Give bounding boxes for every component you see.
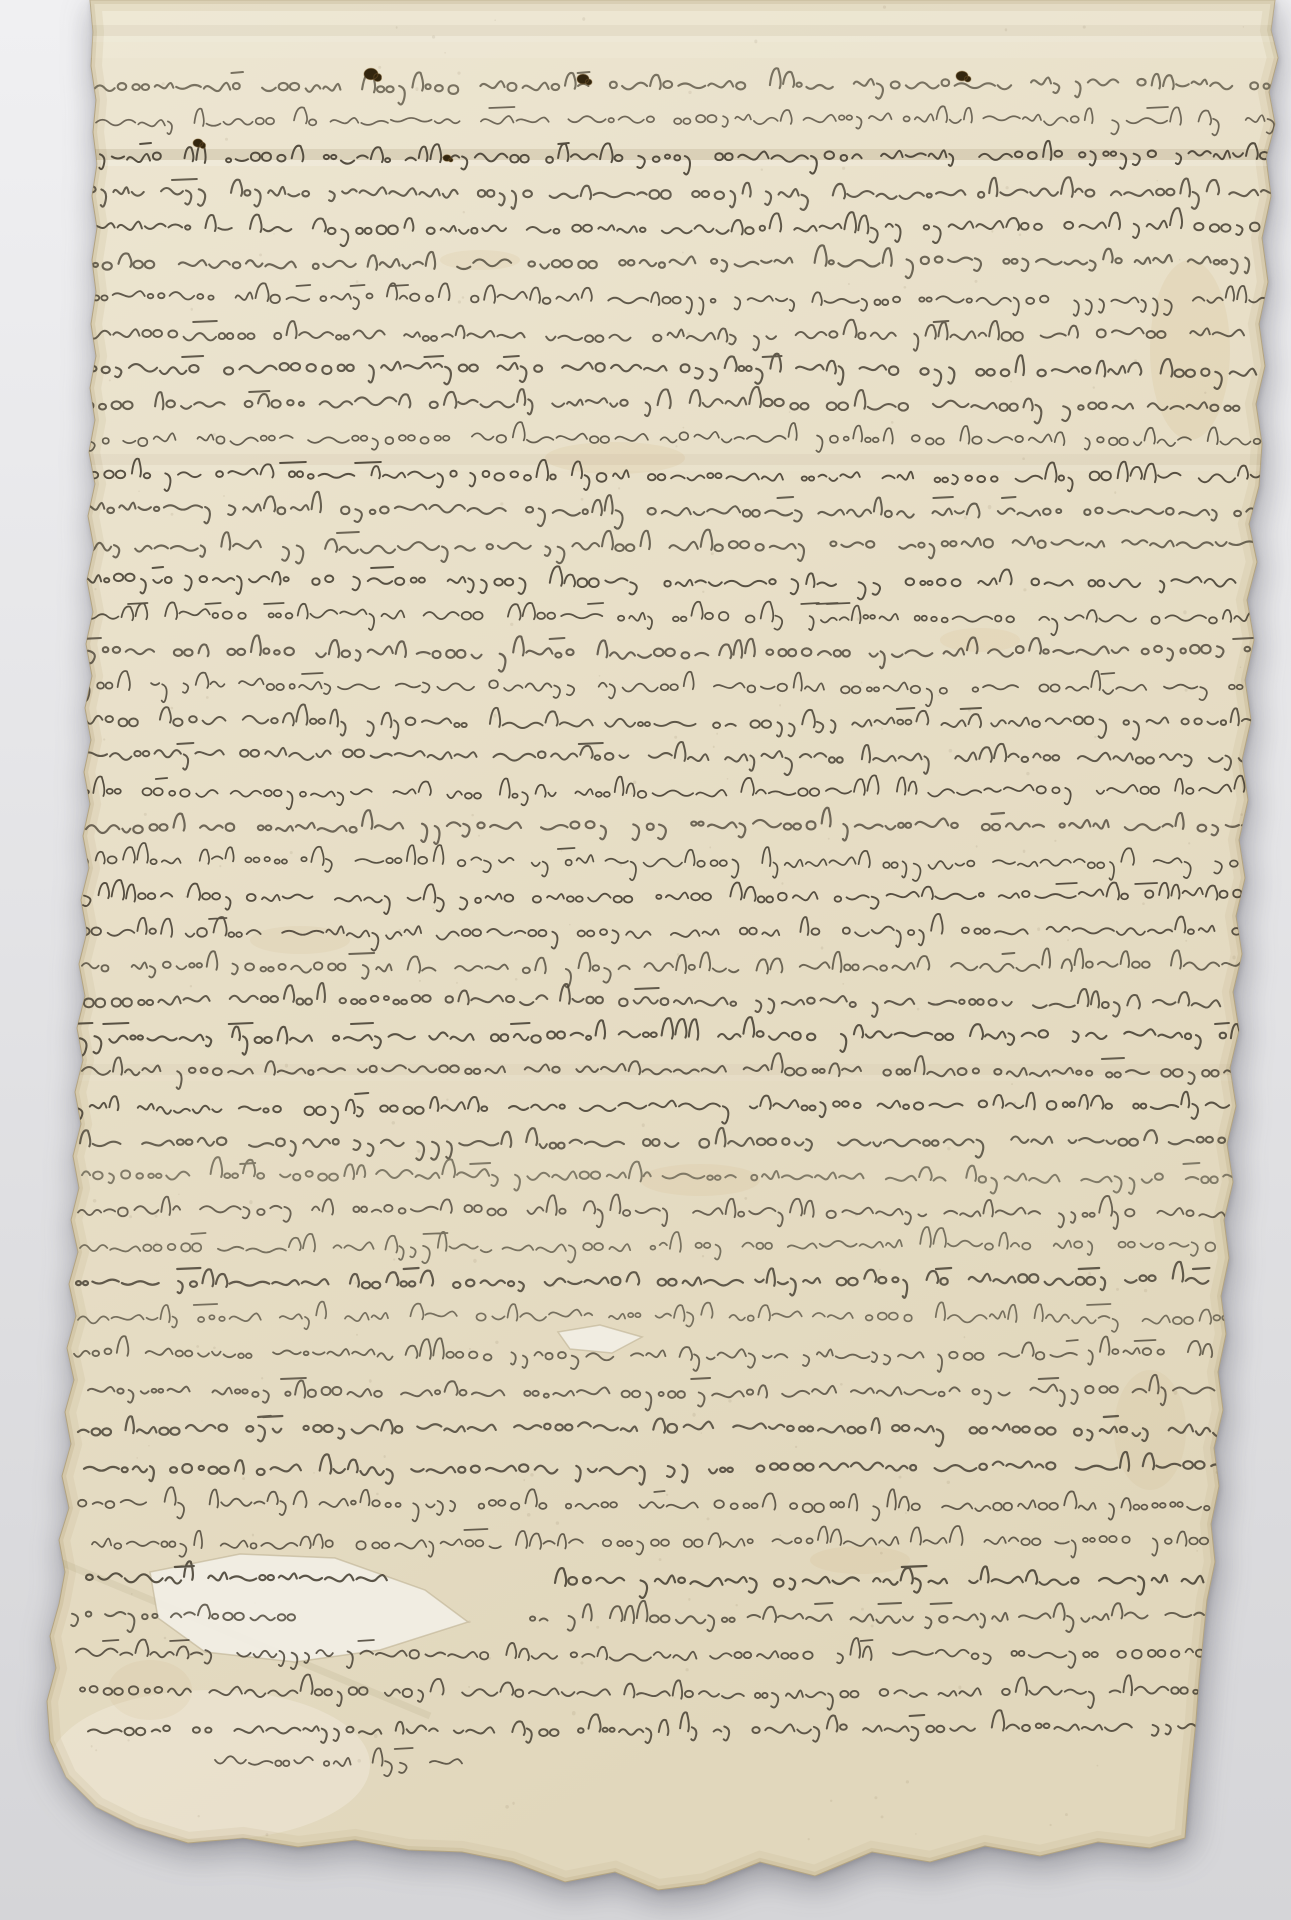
stain-mark [810,1546,910,1574]
manuscript-photo [0,0,1291,1920]
paper-sheet [30,0,1291,1890]
stain-mark [250,926,350,954]
photo-stage [0,0,1291,1920]
crease-line [30,149,1280,160]
stain-mark [1150,260,1230,440]
stain-mark [640,1164,760,1196]
stain-mark [940,628,1020,652]
crease-line [30,25,1280,36]
crease-highlight [30,36,1280,42]
stain-mark [545,442,685,474]
